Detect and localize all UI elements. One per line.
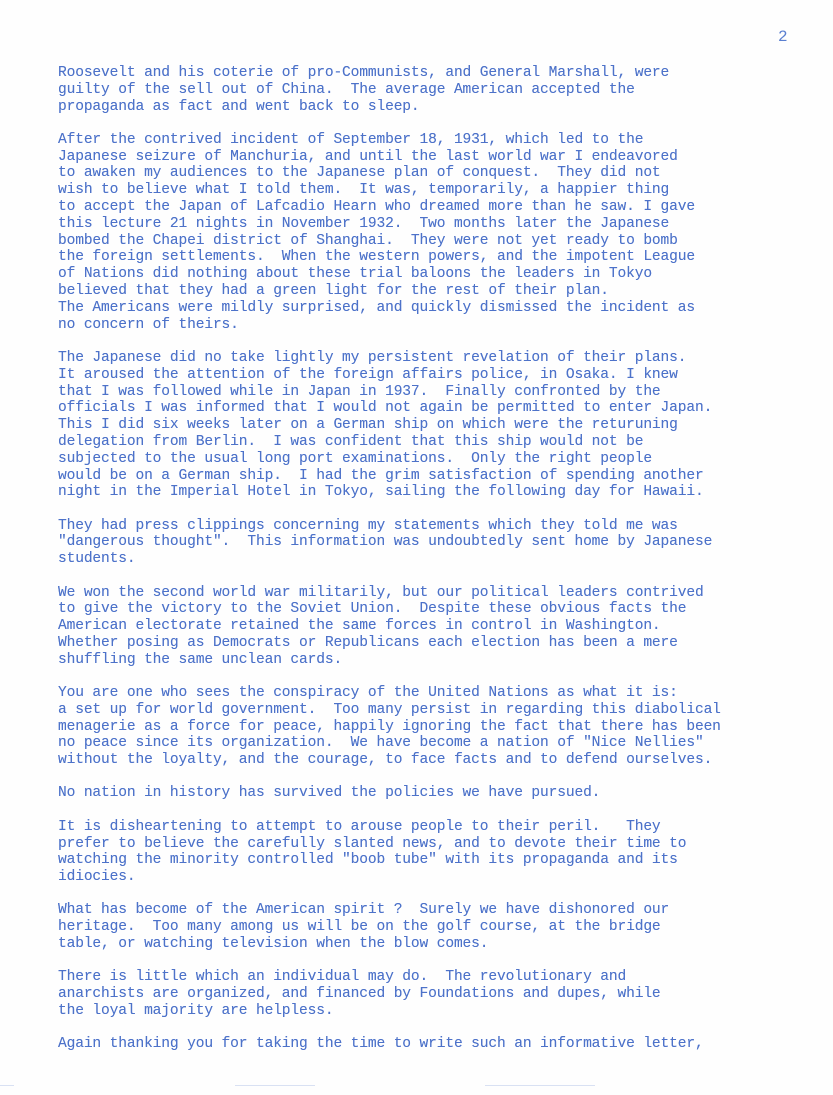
letter-paragraph: The Japanese did no take lightly my pers… (58, 350, 833, 501)
text-line: that I was followed while in Japan in 19… (58, 384, 833, 401)
text-line: menagerie as a force for peace, happily … (58, 719, 833, 736)
text-line: believed that they had a green light for… (58, 283, 833, 300)
letter-paragraph: Roosevelt and his coterie of pro-Communi… (58, 65, 833, 115)
text-line: without the loyalty, and the courage, to… (58, 752, 833, 769)
text-line: of Nations did nothing about these trial… (58, 266, 833, 283)
text-line: We won the second world war militarily, … (58, 585, 833, 602)
text-line: American electorate retained the same fo… (58, 618, 833, 635)
text-line: You are one who sees the conspiracy of t… (58, 685, 833, 702)
text-line: The Japanese did no take lightly my pers… (58, 350, 833, 367)
text-line: watching the minority controlled "boob t… (58, 852, 833, 869)
text-line: prefer to believe the carefully slanted … (58, 836, 833, 853)
text-line: Whether posing as Democrats or Republica… (58, 635, 833, 652)
text-line: to awaken my audiences to the Japanese p… (58, 165, 833, 182)
text-line: idiocies. (58, 869, 833, 886)
text-line: "dangerous thought". This information wa… (58, 534, 833, 551)
text-line: They had press clippings concerning my s… (58, 518, 833, 535)
text-line: Roosevelt and his coterie of pro-Communi… (58, 65, 833, 82)
text-line: propaganda as fact and went back to slee… (58, 99, 833, 116)
text-line: officials I was informed that I would no… (58, 400, 833, 417)
text-line: to give the victory to the Soviet Union.… (58, 601, 833, 618)
letter-paragraph: You are one who sees the conspiracy of t… (58, 685, 833, 769)
text-line: a set up for world government. Too many … (58, 702, 833, 719)
letter-body: Roosevelt and his coterie of pro-Communi… (58, 65, 833, 1070)
text-line: This I did six weeks later on a German s… (58, 417, 833, 434)
text-line: shuffling the same unclean cards. (58, 652, 833, 669)
text-line: heritage. Too many among us will be on t… (58, 919, 833, 936)
letter-paragraph: After the contrived incident of Septembe… (58, 132, 833, 334)
text-line: The Americans were mildly surprised, and… (58, 300, 833, 317)
letter-paragraph: We won the second world war militarily, … (58, 585, 833, 669)
letter-paragraph: No nation in history has survived the po… (58, 785, 833, 802)
scan-artifact (485, 1085, 595, 1086)
text-line: Again thanking you for taking the time t… (58, 1036, 833, 1053)
text-line: bombed the Chapei district of Shanghai. … (58, 233, 833, 250)
text-line: night in the Imperial Hotel in Tokyo, sa… (58, 484, 833, 501)
page-number: 2 (778, 28, 788, 46)
scan-artifact (0, 1085, 14, 1086)
text-line: delegation from Berlin. I was confident … (58, 434, 833, 451)
text-line: wish to believe what I told them. It was… (58, 182, 833, 199)
text-line: No nation in history has survived the po… (58, 785, 833, 802)
letter-paragraph: Again thanking you for taking the time t… (58, 1036, 833, 1053)
scan-artifact (235, 1085, 315, 1086)
text-line: What has become of the American spirit ?… (58, 902, 833, 919)
text-line: It is disheartening to attempt to arouse… (58, 819, 833, 836)
text-line: There is little which an individual may … (58, 969, 833, 986)
text-line: would be on a German ship. I had the gri… (58, 468, 833, 485)
letter-paragraph: What has become of the American spirit ?… (58, 902, 833, 952)
text-line: Japanese seizure of Manchuria, and until… (58, 149, 833, 166)
letter-paragraph: They had press clippings concerning my s… (58, 518, 833, 568)
text-line: no peace since its organization. We have… (58, 735, 833, 752)
letter-paragraph: It is disheartening to attempt to arouse… (58, 819, 833, 886)
typewritten-letter-page: 2 Roosevelt and his coterie of pro-Commu… (0, 0, 833, 1095)
text-line: table, or watching television when the b… (58, 936, 833, 953)
text-line: guilty of the sell out of China. The ave… (58, 82, 833, 99)
text-line: to accept the Japan of Lafcadio Hearn wh… (58, 199, 833, 216)
text-line: It aroused the attention of the foreign … (58, 367, 833, 384)
letter-paragraph: There is little which an individual may … (58, 969, 833, 1019)
text-line: After the contrived incident of Septembe… (58, 132, 833, 149)
text-line: this lecture 21 nights in November 1932.… (58, 216, 833, 233)
text-line: no concern of theirs. (58, 317, 833, 334)
text-line: the loyal majority are helpless. (58, 1003, 833, 1020)
text-line: anarchists are organized, and financed b… (58, 986, 833, 1003)
text-line: the foreign settlements. When the wester… (58, 249, 833, 266)
text-line: subjected to the usual long port examina… (58, 451, 833, 468)
text-line: students. (58, 551, 833, 568)
